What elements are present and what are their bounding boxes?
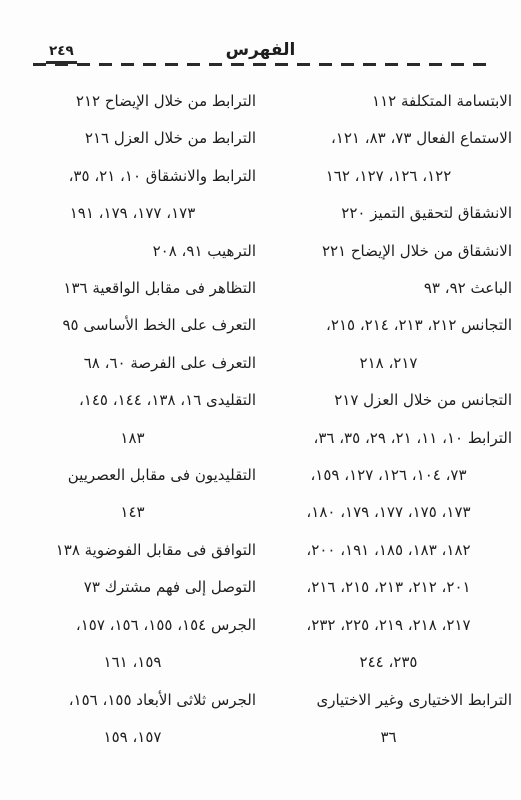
index-entry-continuation-line: ٢١٧، ٢١٨، ٢١٩، ٢٢٥، ٢٣٢، [265,607,512,644]
index-entry-continuation-line: ٢١٧، ٢١٨ [265,345,512,382]
index-entry-main-line: الترابط من خلال الإيضاح ٢١٢ [9,83,256,120]
index-entry-main-line: التجانس ٢١٢، ٢١٣، ٢١٤، ٢١٥، [265,307,512,344]
index-entry-continuation-line: ١٧٣، ١٧٧، ١٧٩، ١٩١ [9,195,256,232]
index-entry-main-line: الاستماع الفعال ٧٣، ٨٣، ١٢١، [265,120,512,157]
index-entry-continuation-line: ١٥٩، ١٦١ [9,644,256,681]
index-entry: التقليديون فى مقابل العصريين١٤٣ [9,457,256,532]
index-entry-main-line: الابتسامة المتكلفة ١١٢ [265,83,512,120]
index-entry-continuation-line: ١٢٢، ١٢٦، ١٢٧، ١٦٢ [265,158,512,195]
index-entry-main-line: التوصل إلى فهم مشترك ٧٣ [9,569,256,606]
index-entry-continuation-line: ١٨٢، ١٨٣، ١٨٥، ١٩١، ٢٠٠، [265,532,512,569]
index-entry: الباعث ٩٢، ٩٣ [265,270,512,307]
index-entry: الترابط الاختيارى وغير الاختيارى٣٦ [265,682,512,757]
index-right-column: الابتسامة المتكلفة ١١٢الاستماع الفعال ٧٣… [265,83,512,756]
index-entry: الانشقاق لتحقيق التميز ٢٢٠ [265,195,512,232]
book-index-page: ٢٤٩ الفهرس الابتسامة المتكلفة ١١٢الاستما… [0,0,521,800]
index-entry-main-line: الترابط من خلال العزل ٢١٦ [9,120,256,157]
index-entry-main-line: التوافق فى مقابل الفوضوية ١٣٨ [9,532,256,569]
page-header: ٢٤٩ الفهرس [0,0,521,83]
index-entry: الترابط ١٠، ١١، ٢١، ٢٩، ٣٥، ٣٦،٧٣، ١٠٤، … [265,420,512,682]
index-entry-main-line: التقليدى ١٦، ١٣٨، ١٤٤، ١٤٥، [9,382,256,419]
index-entry-continuation-line: ١٥٧، ١٥٩ [9,719,256,756]
index-entry: الترابط والانشقاق ١٠، ٢١، ٣٥،١٧٣، ١٧٧، ١… [9,158,256,233]
index-entry: الترهيب ٩١، ٢٠٨ [9,233,256,270]
index-entry-main-line: الترهيب ٩١، ٢٠٨ [9,233,256,270]
index-entry-continuation-line: ١٤٣ [9,494,256,531]
index-entry-main-line: الجرس ١٥٤، ١٥٥، ١٥٦، ١٥٧، [9,607,256,644]
index-entry-main-line: التعرف على الفرصة ٦٠، ٦٨ [9,345,256,382]
index-entry-main-line: الترابط ١٠، ١١، ٢١، ٢٩، ٣٥، ٣٦، [265,420,512,457]
index-entry: الترابط من خلال الإيضاح ٢١٢ [9,83,256,120]
index-entry: التجانس من خلال العزل ٢١٧ [265,382,512,419]
index-entry-main-line: الترابط الاختيارى وغير الاختيارى [265,682,512,719]
index-entry: التوصل إلى فهم مشترك ٧٣ [9,569,256,606]
index-entry: التوافق فى مقابل الفوضوية ١٣٨ [9,532,256,569]
index-entry: التعرف على الفرصة ٦٠، ٦٨ [9,345,256,382]
index-entry-continuation-line: ٧٣، ١٠٤، ١٢٦، ١٢٧، ١٥٩، [265,457,512,494]
index-entry: الاستماع الفعال ٧٣، ٨٣، ١٢١،١٢٢، ١٢٦، ١٢… [265,120,512,195]
index-entry: التقليدى ١٦، ١٣٨، ١٤٤، ١٤٥،١٨٣ [9,382,256,457]
index-entry-main-line: التظاهر فى مقابل الواقعية ١٣٦ [9,270,256,307]
dashed-divider [33,63,490,66]
index-entry-main-line: التجانس من خلال العزل ٢١٧ [265,382,512,419]
index-entry: الترابط من خلال العزل ٢١٦ [9,120,256,157]
page-title: الفهرس [0,40,521,60]
index-left-column: الترابط من خلال الإيضاح ٢١٢الترابط من خل… [9,83,256,756]
index-entry-continuation-line: ١٨٣ [9,420,256,457]
index-entry: التعرف على الخط الأساسى ٩٥ [9,307,256,344]
index-entry-continuation-line: ٢٣٥، ٢٤٤ [265,644,512,681]
index-entry-main-line: التقليديون فى مقابل العصريين [9,457,256,494]
index-entry: التظاهر فى مقابل الواقعية ١٣٦ [9,270,256,307]
index-entry-continuation-line: ٢٠١، ٢١٢، ٢١٣، ٢١٥، ٢١٦، [265,569,512,606]
index-entry-main-line: التعرف على الخط الأساسى ٩٥ [9,307,256,344]
index-entry: الابتسامة المتكلفة ١١٢ [265,83,512,120]
index-entry-main-line: الترابط والانشقاق ١٠، ٢١، ٣٥، [9,158,256,195]
index-entry: الجرس ثلاثى الأبعاد ١٥٥، ١٥٦،١٥٧، ١٥٩ [9,682,256,757]
index-entry-continuation-line: ٣٦ [265,719,512,756]
index-entry: التجانس ٢١٢، ٢١٣، ٢١٤، ٢١٥،٢١٧، ٢١٨ [265,307,512,382]
index-entry-main-line: الباعث ٩٢، ٩٣ [265,270,512,307]
index-entry-main-line: الانشقاق لتحقيق التميز ٢٢٠ [265,195,512,232]
index-entry-continuation-line: ١٧٣، ١٧٥، ١٧٧، ١٧٩، ١٨٠، [265,494,512,531]
index-entry: الجرس ١٥٤، ١٥٥، ١٥٦، ١٥٧،١٥٩، ١٦١ [9,607,256,682]
index-entry: الانشقاق من خلال الإيضاح ٢٢١ [265,233,512,270]
index-columns: الابتسامة المتكلفة ١١٢الاستماع الفعال ٧٣… [0,83,521,756]
index-entry-main-line: الانشقاق من خلال الإيضاح ٢٢١ [265,233,512,270]
index-entry-main-line: الجرس ثلاثى الأبعاد ١٥٥، ١٥٦، [9,682,256,719]
